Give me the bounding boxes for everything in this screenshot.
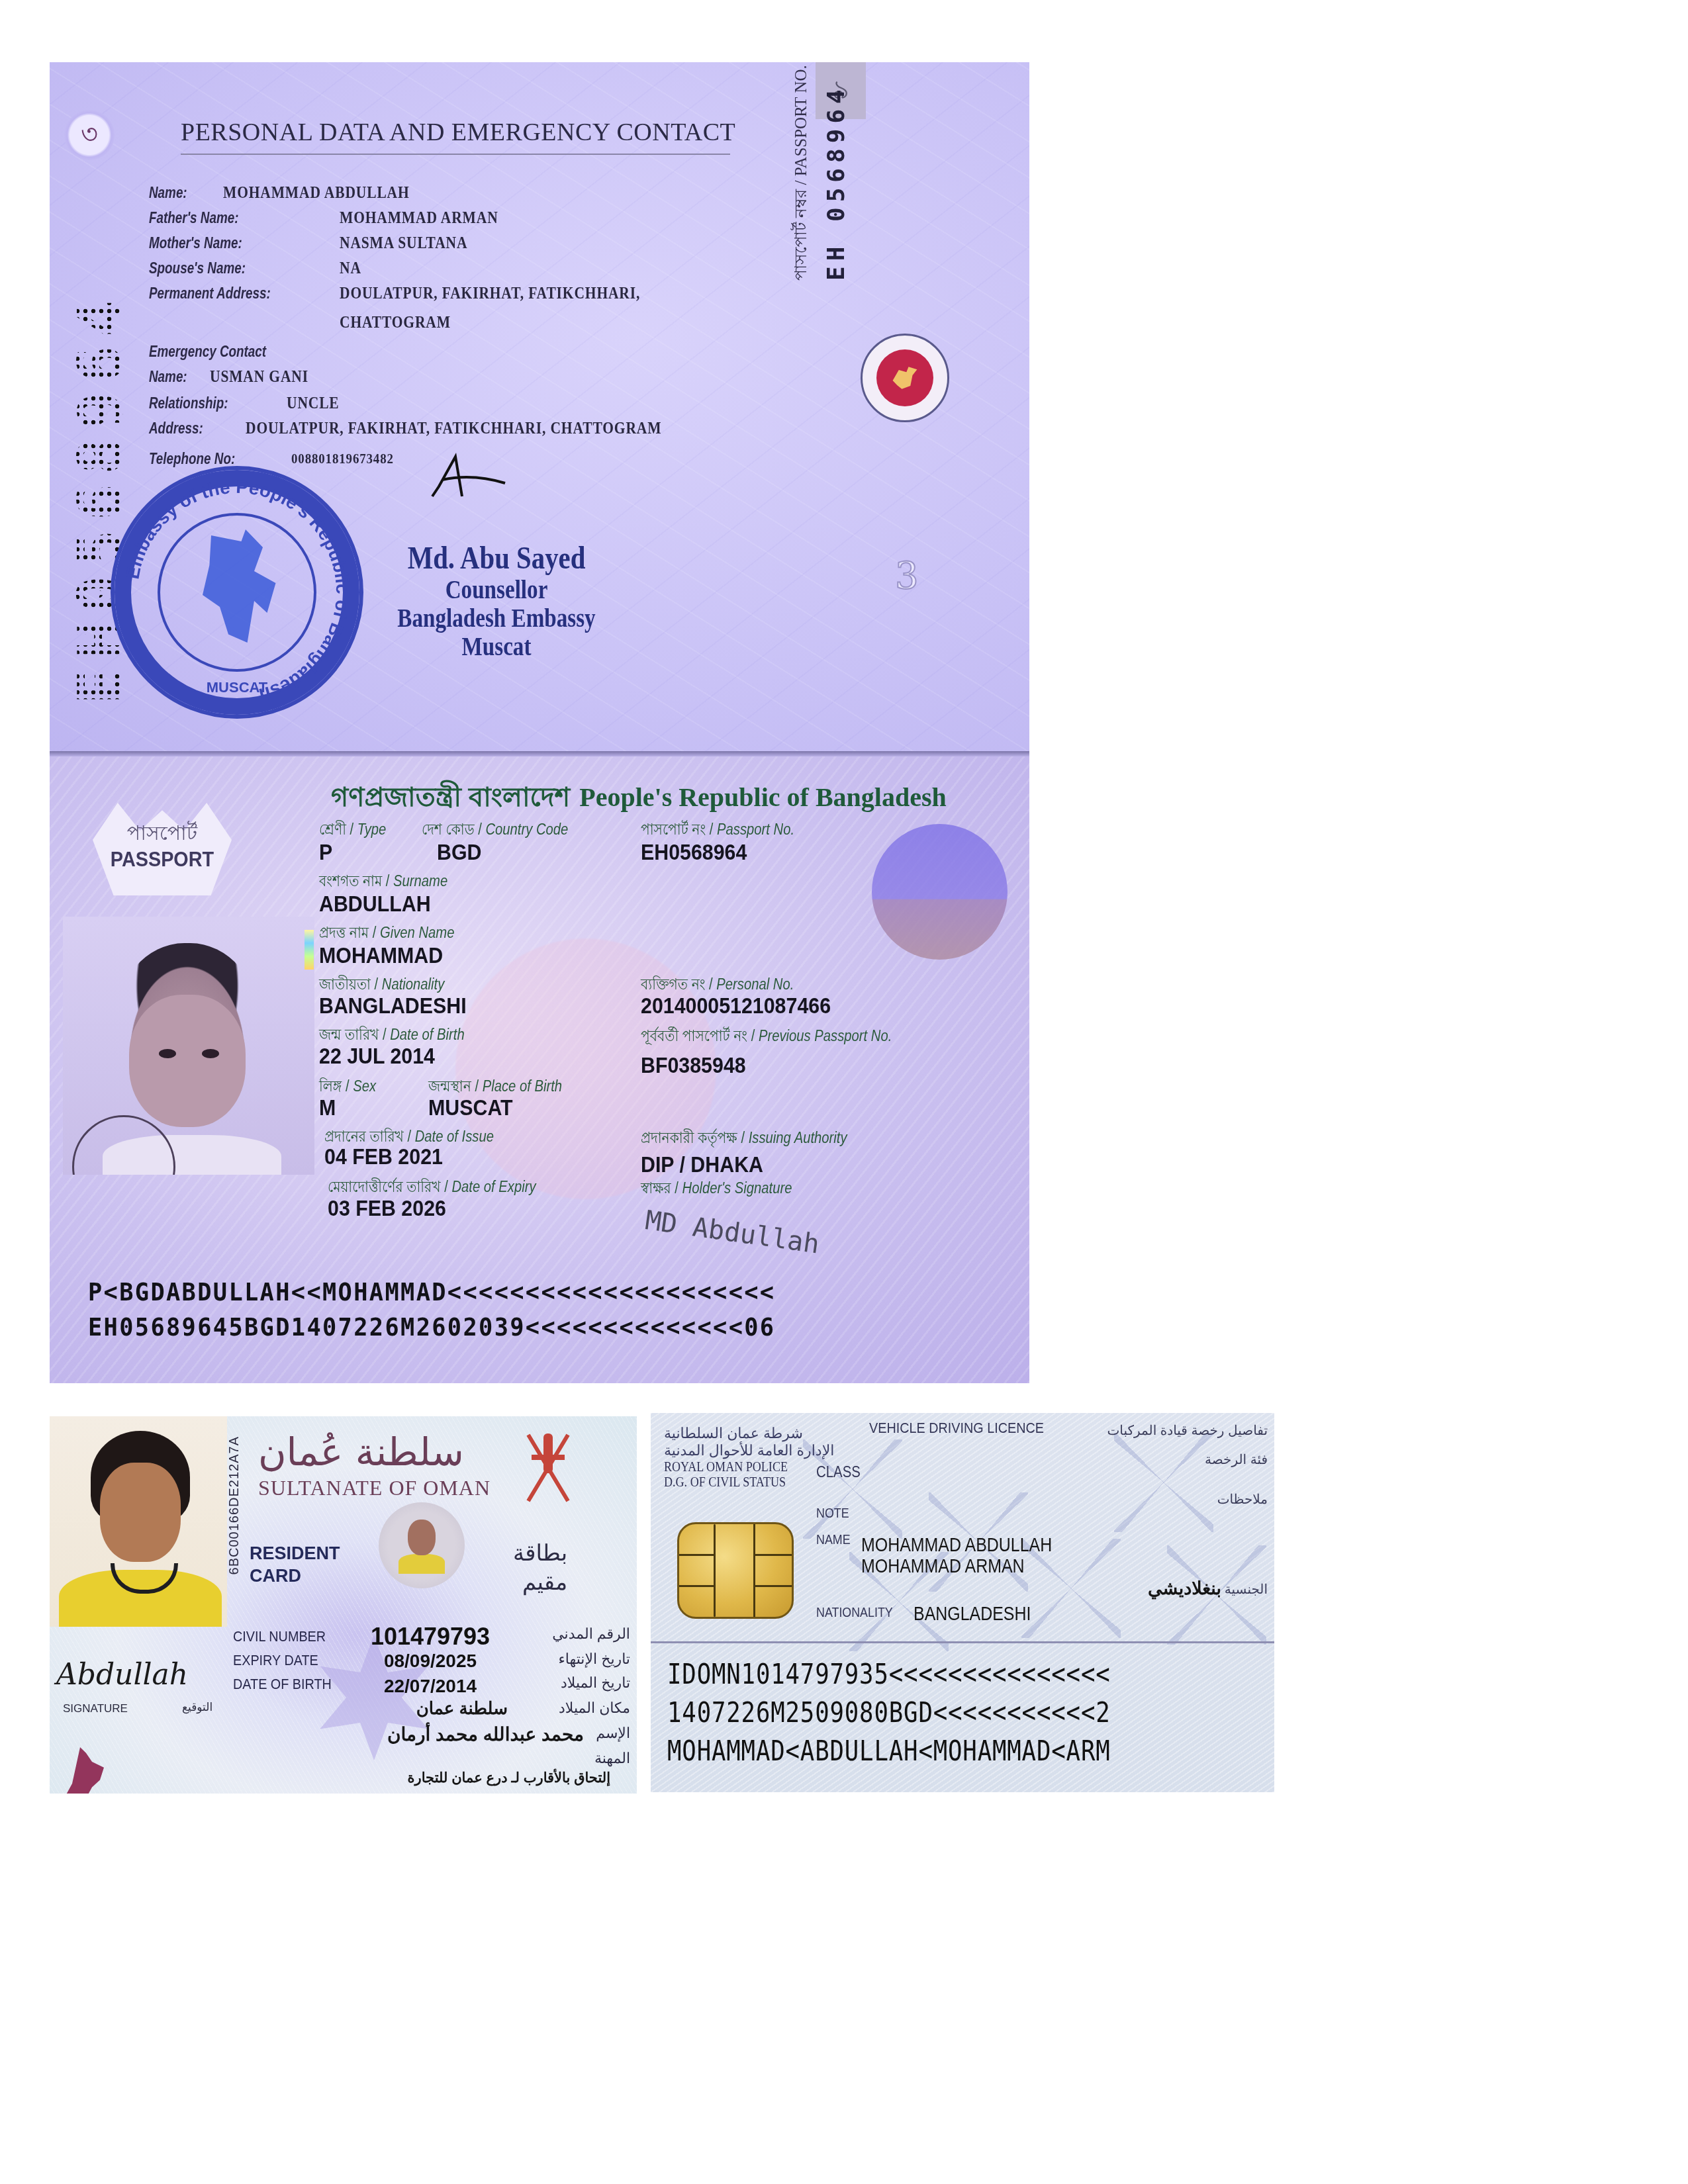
mother-name-label: Mother's Name: <box>149 234 242 252</box>
permanent-address-value-line2: CHATTOGRAM <box>340 314 451 332</box>
holder-signature: MD Abdullah <box>643 1205 821 1259</box>
civil-number-label: CIVIL NUMBER <box>233 1628 326 1645</box>
oman-resident-card: 6BC00166DE212A7A سلطنة عُمان SULTANATE O… <box>50 1416 637 1794</box>
spouse-name-value: NA <box>340 259 361 278</box>
passport-emblem: পাসপোর্ট PASSPORT <box>79 791 245 903</box>
surname-value: ABDULLAH <box>319 891 431 917</box>
signature-label: SIGNATURE <box>63 1702 128 1715</box>
mrz-line-1: P<BGDABDULLAH<<MOHAMMAD<<<<<<<<<<<<<<<<<… <box>88 1277 775 1306</box>
issuing-authority-value: DIP / DHAKA <box>641 1152 763 1177</box>
dob-label-arabic: تاريخ الميلاد <box>561 1674 630 1692</box>
card-serial-code: 6BC00166DE212A7A <box>227 1436 242 1574</box>
note-label: NOTE <box>816 1506 849 1522</box>
officer-org: Bangladesh Embassy <box>393 604 601 633</box>
name-label-arabic: الإسم <box>596 1725 630 1742</box>
emergency-contact-heading: Emergency Contact <box>149 343 266 361</box>
signature-initial-icon <box>426 450 518 510</box>
relationship-value: UNCLE <box>287 394 340 413</box>
issuer-arabic: شرطة عمان السلطانيةالإدارة العامة للأحوا… <box>664 1425 834 1459</box>
card-title-english: SULTANATE OF OMAN <box>258 1476 491 1500</box>
expiry-date-label-arabic: تاريخ الإنتهاء <box>559 1651 631 1668</box>
permanent-address-value: DOULATPUR, FAKIRHAT, FATIKCHHARI, <box>340 285 640 303</box>
smart-chip-icon <box>677 1522 794 1619</box>
officer-name: Md. Abu Sayed <box>393 540 601 576</box>
nationality-value: BANGLADESHI <box>914 1604 1031 1625</box>
perforated-passport-number: EH0568964 <box>54 175 109 717</box>
officer-title: Counsellor <box>393 575 601 605</box>
expiry-date-value: 03 FEB 2026 <box>328 1196 446 1221</box>
emergency-address-label: Address: <box>149 420 203 437</box>
emergency-name-label: Name: <box>149 368 187 386</box>
mrz-divider <box>651 1641 1274 1643</box>
page-number: 3 <box>895 555 919 598</box>
sex-value: M <box>319 1095 336 1120</box>
emergency-name-value: USMAN GANI <box>210 368 308 387</box>
country-code-value: BGD <box>437 840 481 865</box>
occupation-label-arabic: المهنة <box>594 1750 630 1767</box>
name-label: NAME <box>816 1532 851 1548</box>
cardholder-signature: Abdullah <box>56 1658 188 1692</box>
page-title: PERSONAL DATA AND EMERGENCY CONTACT <box>181 118 735 147</box>
passport-data-page: পাসপোর্ট PASSPORT গণপ্রজাতন্ত্রী বাংলাদে… <box>50 751 1029 1383</box>
holder-photo <box>63 917 314 1175</box>
emergency-address-value: DOULATPUR, FAKIRHAT, FATIKCHHARI, CHATTO… <box>246 420 661 438</box>
officer-block: Md. Abu Sayed Counsellor Bangladesh Emba… <box>374 540 619 662</box>
class-label: CLASS <box>816 1463 861 1482</box>
place-of-birth-value: MUSCAT <box>428 1095 513 1120</box>
nationality-label-arabic: الجنسية <box>1225 1581 1268 1598</box>
embassy-stamp: Embassy of the People's Republic of Bang… <box>111 466 363 719</box>
nationality-value: BANGLADESHI <box>319 993 467 1019</box>
ghost-photo <box>379 1502 465 1588</box>
note-label-arabic: ملاحظات <box>1217 1491 1268 1508</box>
hologram-seal-icon <box>872 824 1008 960</box>
licence-mrz-line-1: IDOMN1014797935<<<<<<<<<<<<<<< <box>667 1658 1111 1691</box>
vertical-passport-number: পাসপোর্ট নম্বর / PASSPORT NO. EH 0568964 <box>788 65 850 281</box>
nationality-value-arabic: بنغلاديشي <box>1148 1578 1221 1599</box>
issuing-authority-label: প্রদানকারী কর্তৃপক্ষ / Issuing Authority <box>641 1126 847 1152</box>
government-seal-icon <box>861 334 949 422</box>
card-title-arabic: سلطنة عُمان <box>258 1430 464 1475</box>
father-name-value: MOHAMMAD ARMAN <box>340 209 498 228</box>
title-underline <box>181 154 730 155</box>
expiry-date-value: 08/09/2025 <box>341 1651 520 1672</box>
place-of-birth-value: سلطنة عمان <box>416 1698 508 1719</box>
civil-number-label-arabic: الرقم المدني <box>552 1625 630 1643</box>
passport-no-value: EH0568964 <box>641 840 747 865</box>
telephone-label: Telephone No: <box>149 450 235 468</box>
name-line-1: MOHAMMAD ABDULLAH <box>861 1535 1052 1556</box>
svg-text:MUSCAT: MUSCAT <box>207 679 268 696</box>
mrz-line-2: EH05689645BGD1407226M2602039<<<<<<<<<<<<… <box>88 1312 775 1342</box>
personal-no-value: 20140005121087466 <box>641 993 831 1019</box>
telephone-value: 008801819673482 <box>291 450 394 467</box>
occupation-value-arabic: إلتحاق بالأقارب لـ درع عمان للتجارة <box>408 1770 610 1786</box>
oman-emblem-icon <box>518 1428 578 1508</box>
page-number-badge: ৩ <box>64 110 115 160</box>
given-name-value: MOHAMMAD <box>319 943 443 968</box>
country-header: গণপ্রজাতন্ত্রী বাংলাদেশPeople's Republic… <box>331 776 947 821</box>
card-type-english: RESIDENTCARD <box>250 1542 340 1587</box>
oman-map-icon <box>64 1747 104 1794</box>
spouse-name-label: Spouse's Name: <box>149 259 246 277</box>
relationship-label: Relationship: <box>149 394 228 412</box>
passport-page-personal-data: ৩ ৯ PERSONAL DATA AND EMERGENCY CONTACT … <box>50 62 1029 751</box>
class-label-arabic: فئة الرخصة <box>1205 1451 1268 1468</box>
holder-signature-label: স্বাক্ষর / Holder's Signature <box>641 1176 792 1202</box>
card-type-arabic: بطاقةمقيم <box>513 1539 567 1597</box>
dob-value: 22/07/2014 <box>341 1676 520 1697</box>
resident-card-photo <box>50 1416 227 1627</box>
previous-passport-value: BF0385948 <box>641 1053 746 1078</box>
officer-city: Muscat <box>393 632 601 662</box>
page-fold <box>50 751 1029 756</box>
previous-passport-label: পূর্ববর্তী পাসপোর্ট নং / Previous Passpo… <box>641 1024 892 1050</box>
name-line-2: MOHAMMAD ARMAN <box>861 1556 1025 1577</box>
place-of-birth-label-arabic: مكان الميلاد <box>559 1700 630 1717</box>
mother-name-value: NASMA SULTANA <box>340 234 467 253</box>
civil-number-value: 101479793 <box>341 1623 520 1651</box>
name-label: Name: <box>149 184 187 202</box>
hologram-strip <box>305 930 314 970</box>
licence-mrz-line-3: MOHAMMAD<ABDULLAH<MOHAMMAD<ARM <box>667 1735 1111 1768</box>
issue-date-value: 04 FEB 2021 <box>324 1144 443 1169</box>
permanent-address-label: Permanent Address: <box>149 285 271 302</box>
issuer-english: ROYAL OMAN POLICED.G. OF CIVIL STATUS <box>664 1459 788 1490</box>
oman-driving-licence: شرطة عمان السلطانيةالإدارة العامة للأحوا… <box>651 1413 1274 1792</box>
signature-label-arabic: التوقيع <box>182 1701 212 1714</box>
licence-title: VEHICLE DRIVING LICENCE <box>869 1420 1044 1437</box>
expiry-date-label: EXPIRY DATE <box>233 1652 318 1669</box>
licence-title-arabic: تفاصيل رخصة قيادة المركبات <box>1107 1422 1268 1439</box>
type-value: P <box>319 840 332 865</box>
name-value-arabic: محمد عبدالله محمد أرمان <box>387 1723 584 1745</box>
dob-label: DATE OF BIRTH <box>233 1676 332 1693</box>
dob-value: 22 JUL 2014 <box>319 1044 435 1069</box>
name-value: MOHAMMAD ABDULLAH <box>223 184 410 203</box>
photo-seal-icon <box>72 1115 175 1175</box>
licence-mrz-line-2: 1407226M2509080BGD<<<<<<<<<<<2 <box>667 1696 1111 1729</box>
nationality-label: NATIONALITY <box>816 1605 893 1621</box>
father-name-label: Father's Name: <box>149 209 239 227</box>
